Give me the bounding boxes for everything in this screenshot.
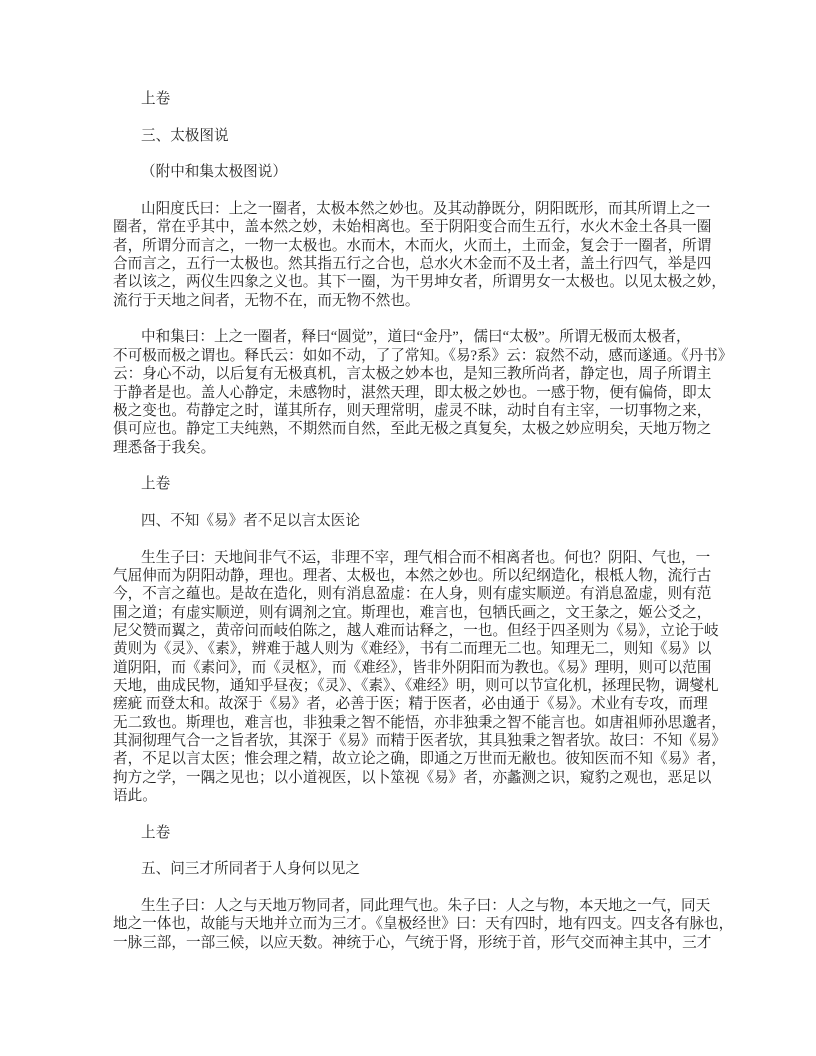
text-line: 云：身心不动，以后复有无极真机，言太极之妙本也，是知三教所尚者，静定也，周子所谓… [113, 365, 715, 383]
document-page: 上卷 三、太极图说 （附中和集太极图说） 山阳度氏曰：上之一圈者，太极本然之妙也… [0, 0, 816, 1056]
paragraph: 生生子曰：人之与天地万物同者，同此理气也。朱子曰：人之与物，本天地之一气，同天 … [113, 897, 715, 952]
text-line: 者，所谓分而言之，一物一太极也。水而木，木而火，火而土，土而金，复会于一圈者，所… [113, 237, 715, 255]
heading-line: （附中和集太极图说） [113, 163, 715, 181]
text-line: 生生子曰：人之与天地万物同者，同此理气也。朱子曰：人之与物，本天地之一气，同天 [113, 897, 715, 915]
text-line: 者以该之，两仪生四象之义也。其下一圈，为干男坤女者，所谓男女一太极也。以见太极之… [113, 273, 715, 291]
text-line: 拘方之学，一隅之见也；以小道视医，以卜筮视《易》者，亦蠡测之识，窥豹之观也，恶足… [113, 769, 715, 787]
text-line: 道阴阳，而《素问》，而《灵枢》，而《难经》，皆非外阴阳而为教也。《易》理明，则可… [113, 659, 715, 677]
text-line: 极之变也。苟静定之时，谨其所存，则天理常明，虚灵不昧，动时自有主宰，一切事物之来… [113, 402, 715, 420]
heading-line: 三、太极图说 [113, 127, 715, 145]
text-line: 其洞彻理气合一之旨者欤，其深于《易》而精于医者欤，其具独秉之智者欤。故曰：不知《… [113, 732, 715, 750]
text-line: 合而言之，五行一太极也。然其指五行之合也，总水火木金而不及土者，盖土行四气，举是… [113, 255, 715, 273]
heading-line: 上卷 [113, 824, 715, 842]
text-line: 生生子曰：天地间非气不运，非理不宰，理气相合而不相离者也。何也？阴阳、气也，一 [113, 549, 715, 567]
heading-line: 上卷 [113, 475, 715, 493]
text-line: 尼父赞而翼之，黄帝问而岐伯陈之，越人难而诂释之，一也。但经于四圣则为《易》，立论… [113, 622, 715, 640]
section-subheading-appendix: （附中和集太极图说） [113, 163, 715, 181]
heading-line: 上卷 [113, 90, 715, 108]
text-line: 山阳度氏曰：上之一圈者，太极本然之妙也。及其动静既分，阴阳既形，而其所谓上之一 [113, 200, 715, 218]
section-heading-volume: 上卷 [113, 475, 715, 493]
text-line: 俱可应也。静定工夫纯熟，不期然而自然，至此无极之真复矣，太极之妙应明矣，天地万物… [113, 420, 715, 438]
text-line: 围之道；有虚实顺逆，则有调剂之宜。斯理也，难言也，包牺氏画之，文王彖之，姬公爻之… [113, 604, 715, 622]
text-line: 地之一体也，故能与天地并立而为三才。《皇极经世》曰：天有四时，地有四支。四支各有… [113, 915, 715, 933]
paragraph: 山阳度氏曰：上之一圈者，太极本然之妙也。及其动静既分，阴阳既形，而其所谓上之一 … [113, 200, 715, 310]
heading-line: 五、问三才所同者于人身何以见之 [113, 860, 715, 878]
section-heading-chapter-4: 四、不知《易》者不足以言太医论 [113, 512, 715, 530]
text-line: 语此。 [113, 787, 715, 805]
text-line: 圈者，常在乎其中，盖本然之妙，未始相离也。至于阴阳变合而生五行，水火木金土各具一… [113, 218, 715, 236]
heading-line: 四、不知《易》者不足以言太医论 [113, 512, 715, 530]
text-line: 理悉备于我矣。 [113, 439, 715, 457]
section-heading-volume: 上卷 [113, 824, 715, 842]
text-line: 于静者是也。盖人心静定，未感物时，湛然天理，即太极之妙也。一感于物，便有偏倚，即… [113, 384, 715, 402]
text-line: 无二致也。斯理也，难言也，非独秉之智不能悟，亦非独秉之智不能言也。如唐祖师孙思邈… [113, 714, 715, 732]
text-line: 一脉三部，一部三候，以应天数。神统于心，气统于肾，形统于首，形气交而神主其中，三… [113, 934, 715, 952]
text-line: 者，不足以言太医；惟会理之精，故立论之确，即通之万世而无敝也。彼知医而不知《易》… [113, 750, 715, 768]
text-line: 中和集曰：上之一圈者，释曰“圆觉”，道曰“金丹”，儒曰“太极”。所谓无极而太极者… [113, 328, 715, 346]
section-heading-chapter-3: 三、太极图说 [113, 127, 715, 145]
text-line: 今，不言之蕴也。是故在造化，则有消息盈虚：在人身，则有虚实顺逆。有消息盈虚，则有… [113, 585, 715, 603]
text-column: 上卷 三、太极图说 （附中和集太极图说） 山阳度氏曰：上之一圈者，太极本然之妙也… [113, 90, 715, 971]
text-line: 不可极而极之谓也。释氏云：如如不动，了了常知。《易?系》云：寂然不动，感而遂通。… [113, 347, 715, 365]
paragraph: 生生子曰：天地间非气不运，非理不宰，理气相合而不相离者也。何也？阴阳、气也，一 … [113, 549, 715, 806]
text-line: 气屈伸而为阴阳动静，理也。理者、太极也，本然之妙也。所以纪纲造化，根柢人物，流行… [113, 567, 715, 585]
section-heading-volume: 上卷 [113, 90, 715, 108]
text-line: 黄则为《灵》、《素》，辨难于越人则为《难经》，书有二而理无二也。知理无二，则知《… [113, 640, 715, 658]
text-line: 瘥疵 而登太和。故深于《易》者，必善于医；精于医者，必由通于《易》。术业有专攻，… [113, 695, 715, 713]
text-line: 流行于天地之间者，无物不在，而无物不然也。 [113, 292, 715, 310]
paragraph: 中和集曰：上之一圈者，释曰“圆觉”，道曰“金丹”，儒曰“太极”。所谓无极而太极者… [113, 328, 715, 456]
text-line: 天地，曲成民物，通知乎昼夜；《灵》、《素》、《难经》明，则可以节宣化机，拯理民物… [113, 677, 715, 695]
section-heading-chapter-5: 五、问三才所同者于人身何以见之 [113, 860, 715, 878]
